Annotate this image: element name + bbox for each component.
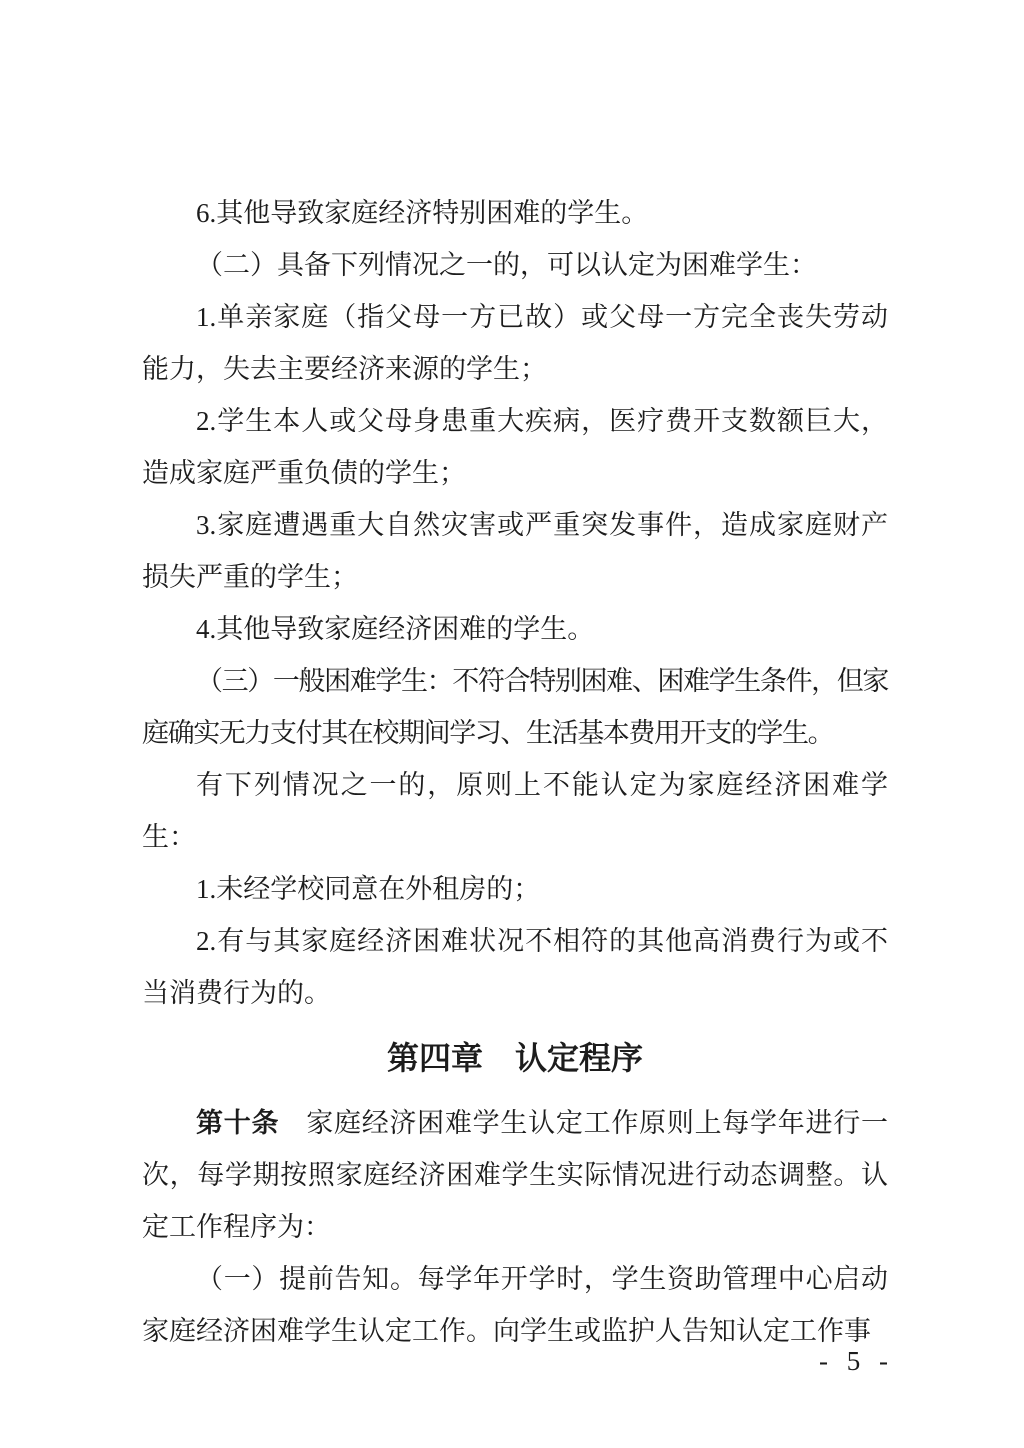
chapter-heading-text: 第四章 认定程序 [387, 1040, 643, 1076]
paragraph-text: 1.单亲家庭（指父母一方已故）或父母一方完全丧失劳动能力，失去主要经济来源的学生… [142, 302, 888, 384]
paragraph-text: 3.家庭遭遇重大自然灾害或严重突发事件，造成家庭财产损失严重的学生； [142, 510, 888, 592]
paragraph-text: 2.有与其家庭经济困难状况不相符的其他高消费行为或不当消费行为的。 [142, 926, 888, 1008]
paragraph-text: 6.其他导致家庭经济特别困难的学生。 [196, 198, 648, 228]
paragraph: 6.其他导致家庭经济特别困难的学生。 [142, 187, 888, 239]
paragraph-text: 2.学生本人或父母身患重大疾病，医疗费开支数额巨大，造成家庭严重负债的学生； [142, 406, 888, 488]
paragraph: 2.学生本人或父母身患重大疾病，医疗费开支数额巨大，造成家庭严重负债的学生； [142, 395, 888, 499]
paragraph: 1.未经学校同意在外租房的； [142, 863, 888, 915]
page-number: - 5 - [819, 1344, 890, 1378]
paragraph-text: 4.其他导致家庭经济困难的学生。 [196, 614, 594, 644]
document-page: 6.其他导致家庭经济特别困难的学生。（二）具备下列情况之一的，可以认定为困难学生… [0, 0, 1024, 1448]
paragraph: 3.家庭遭遇重大自然灾害或严重突发事件，造成家庭财产损失严重的学生； [142, 499, 888, 603]
paragraph: 1.单亲家庭（指父母一方已故）或父母一方完全丧失劳动能力，失去主要经济来源的学生… [142, 291, 888, 395]
document-body: 6.其他导致家庭经济特别困难的学生。（二）具备下列情况之一的，可以认定为困难学生… [142, 187, 888, 1357]
paragraph-text: 有下列情况之一的，原则上不能认定为家庭经济困难学生： [142, 770, 888, 852]
paragraph: （三）一般困难学生：不符合特别困难、困难学生条件，但家庭确实无力支付其在校期间学… [142, 655, 888, 759]
paragraph-text: （一）提前告知。每学年开学时，学生资助管理中心启动家庭经济困难学生认定工作。向学… [142, 1264, 888, 1346]
article-number: 第十条 [196, 1108, 279, 1138]
chapter-heading: 第四章 认定程序 [142, 1032, 888, 1084]
paragraph-text: （二）具备下列情况之一的，可以认定为困难学生： [196, 250, 817, 280]
paragraph-text: 1.未经学校同意在外租房的； [196, 874, 540, 904]
paragraph: 第十条家庭经济困难学生认定工作原则上每学年进行一次，每学期按照家庭经济困难学生实… [142, 1097, 888, 1253]
paragraph-text: （三）一般困难学生：不符合特别困难、困难学生条件，但家庭确实无力支付其在校期间学… [142, 666, 888, 748]
paragraph: （二）具备下列情况之一的，可以认定为困难学生： [142, 239, 888, 291]
paragraph: 有下列情况之一的，原则上不能认定为家庭经济困难学生： [142, 759, 888, 863]
paragraph: 4.其他导致家庭经济困难的学生。 [142, 603, 888, 655]
paragraph: 2.有与其家庭经济困难状况不相符的其他高消费行为或不当消费行为的。 [142, 915, 888, 1019]
paragraph: （一）提前告知。每学年开学时，学生资助管理中心启动家庭经济困难学生认定工作。向学… [142, 1253, 888, 1357]
